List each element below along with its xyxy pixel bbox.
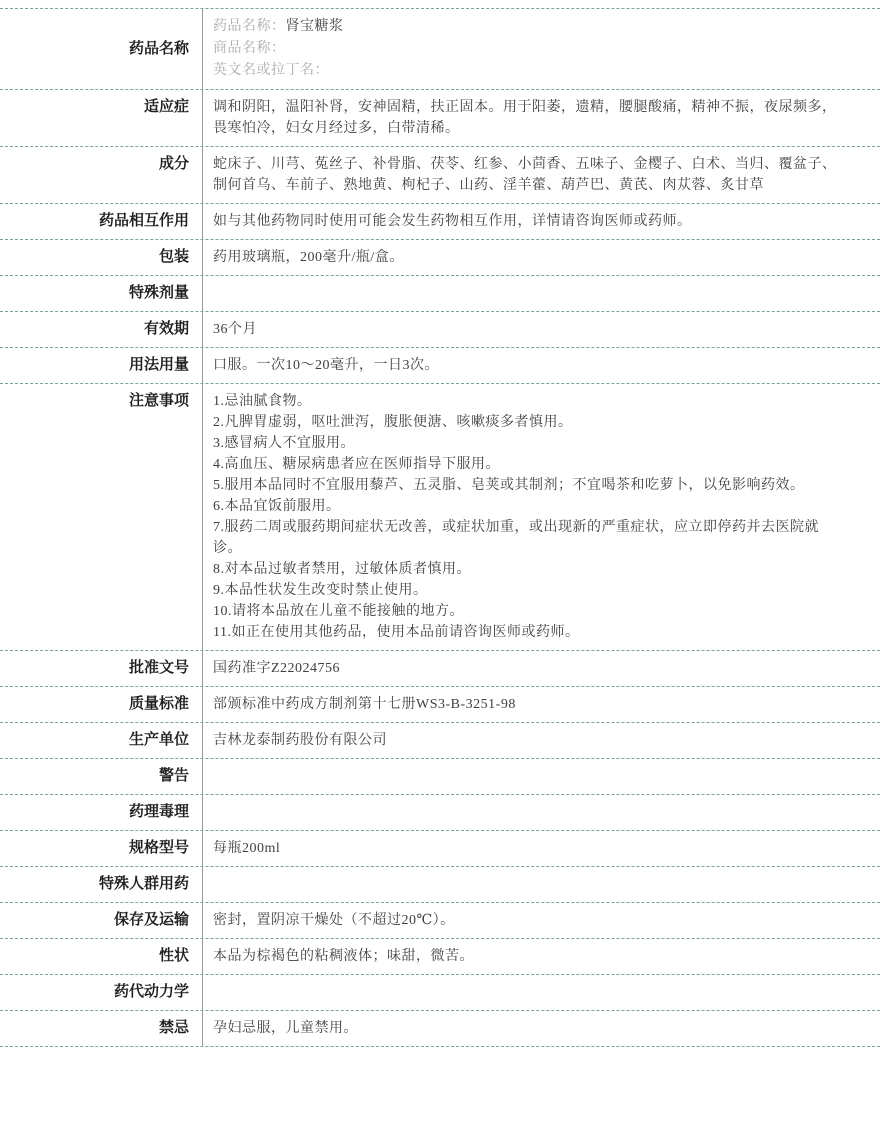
row-content bbox=[203, 867, 880, 902]
row-content: 调和阴阳，温阳补肾，安神固精，扶正固本。用于阳萎，遗精，腰腿酸痛，精神不振，夜尿… bbox=[203, 90, 880, 146]
precaution-item: 10.请将本品放在儿童不能接触的地方。 bbox=[213, 601, 844, 622]
precaution-item: 4.高血压、糖尿病患者应在医师指导下服用。 bbox=[213, 454, 844, 475]
row-label: 规格型号 bbox=[0, 831, 203, 866]
precaution-item: 11.如正在使用其他药品，使用本品前请咨询医师或药师。 bbox=[213, 622, 844, 643]
precaution-item: 5.服用本品同时不宜服用藜芦、五灵脂、皂荚或其制剂；不宜喝茶和吃萝卜，以免影响药… bbox=[213, 475, 844, 496]
row-label: 生产单位 bbox=[0, 723, 203, 758]
table-row: 药代动力学 bbox=[0, 975, 880, 1011]
field-caption: 英文名或拉丁名： bbox=[213, 63, 329, 78]
row-content: 国药准字Z22024756 bbox=[203, 651, 880, 686]
table-row: 规格型号 每瓶200ml bbox=[0, 831, 880, 867]
name-line: 商品名称： bbox=[213, 38, 844, 60]
table-row: 药理毒理 bbox=[0, 795, 880, 831]
row-label: 性状 bbox=[0, 939, 203, 974]
row-content: 部颁标准中药成方制剂第十七册WS3-B-3251-98 bbox=[203, 687, 880, 722]
row-content: 36个月 bbox=[203, 312, 880, 347]
table-row: 禁忌 孕妇忌服，儿童禁用。 bbox=[0, 1011, 880, 1047]
field-caption: 药品名称： bbox=[213, 19, 286, 34]
row-content: 蛇床子、川芎、菟丝子、补骨脂、茯苓、红参、小茴香、五味子、金樱子、白术、当归、覆… bbox=[203, 147, 880, 203]
row-label: 药理毒理 bbox=[0, 795, 203, 830]
row-label: 禁忌 bbox=[0, 1011, 203, 1046]
row-content: 本品为棕褐色的粘稠液体；味甜，微苦。 bbox=[203, 939, 880, 974]
row-content: 孕妇忌服，儿童禁用。 bbox=[203, 1011, 880, 1046]
row-label: 药品相互作用 bbox=[0, 204, 203, 239]
row-label: 用法用量 bbox=[0, 348, 203, 383]
row-label: 注意事项 bbox=[0, 384, 203, 650]
table-row: 药品相互作用 如与其他药物同时使用可能会发生药物相互作用，详情请咨询医师或药师。 bbox=[0, 204, 880, 240]
row-label: 质量标准 bbox=[0, 687, 203, 722]
drug-info-table: 药品名称 药品名称：肾宝糖浆商品名称：英文名或拉丁名： 适应症 调和阴阳，温阳补… bbox=[0, 8, 880, 1047]
row-label: 药代动力学 bbox=[0, 975, 203, 1010]
row-content: 药用玻璃瓶，200毫升/瓶/盒。 bbox=[203, 240, 880, 275]
row-content: 每瓶200ml bbox=[203, 831, 880, 866]
row-content: 药品名称：肾宝糖浆商品名称：英文名或拉丁名： bbox=[203, 9, 880, 89]
field-caption: 商品名称： bbox=[213, 41, 286, 56]
row-content: 密封，置阴凉干燥处（不超过20℃）。 bbox=[203, 903, 880, 938]
row-content bbox=[203, 276, 880, 311]
name-line: 英文名或拉丁名： bbox=[213, 60, 844, 82]
table-row: 生产单位 吉林龙泰制药股份有限公司 bbox=[0, 723, 880, 759]
table-row: 性状 本品为棕褐色的粘稠液体；味甜，微苦。 bbox=[0, 939, 880, 975]
row-content bbox=[203, 975, 880, 1010]
precaution-item: 9.本品性状发生改变时禁止使用。 bbox=[213, 580, 844, 601]
row-content: 如与其他药物同时使用可能会发生药物相互作用，详情请咨询医师或药师。 bbox=[203, 204, 880, 239]
row-label: 药品名称 bbox=[0, 9, 203, 89]
table-row: 适应症 调和阴阳，温阳补肾，安神固精，扶正固本。用于阳萎，遗精，腰腿酸痛，精神不… bbox=[0, 90, 880, 147]
row-label: 批准文号 bbox=[0, 651, 203, 686]
row-label: 成分 bbox=[0, 147, 203, 203]
row-label: 适应症 bbox=[0, 90, 203, 146]
precaution-item: 3.感冒病人不宜服用。 bbox=[213, 433, 844, 454]
row-label: 特殊剂量 bbox=[0, 276, 203, 311]
table-row: 特殊人群用药 bbox=[0, 867, 880, 903]
table-row: 质量标准 部颁标准中药成方制剂第十七册WS3-B-3251-98 bbox=[0, 687, 880, 723]
row-label: 包装 bbox=[0, 240, 203, 275]
name-line: 药品名称：肾宝糖浆 bbox=[213, 16, 844, 38]
row-content: 口服。一次10～20毫升，一日3次。 bbox=[203, 348, 880, 383]
precaution-item: 7.服药二周或服药期间症状无改善，或症状加重，或出现新的严重症状，应立即停药并去… bbox=[213, 517, 844, 559]
table-row: 警告 bbox=[0, 759, 880, 795]
row-content: 吉林龙泰制药股份有限公司 bbox=[203, 723, 880, 758]
table-row: 批准文号 国药准字Z22024756 bbox=[0, 651, 880, 687]
precaution-item: 2.凡脾胃虚弱，呕吐泄泻，腹胀便溏、咳嗽痰多者慎用。 bbox=[213, 412, 844, 433]
field-value: 肾宝糖浆 bbox=[286, 19, 344, 34]
row-label: 警告 bbox=[0, 759, 203, 794]
row-content: 1.忌油腻食物。2.凡脾胃虚弱，呕吐泄泻，腹胀便溏、咳嗽痰多者慎用。3.感冒病人… bbox=[203, 384, 880, 650]
row-label: 保存及运输 bbox=[0, 903, 203, 938]
row-content bbox=[203, 759, 880, 794]
table-row: 成分 蛇床子、川芎、菟丝子、补骨脂、茯苓、红参、小茴香、五味子、金樱子、白术、当… bbox=[0, 147, 880, 204]
table-row: 注意事项 1.忌油腻食物。2.凡脾胃虚弱，呕吐泄泻，腹胀便溏、咳嗽痰多者慎用。3… bbox=[0, 384, 880, 651]
row-content bbox=[203, 795, 880, 830]
row-label: 有效期 bbox=[0, 312, 203, 347]
precaution-item: 1.忌油腻食物。 bbox=[213, 391, 844, 412]
table-row: 保存及运输 密封，置阴凉干燥处（不超过20℃）。 bbox=[0, 903, 880, 939]
table-row: 包装 药用玻璃瓶，200毫升/瓶/盒。 bbox=[0, 240, 880, 276]
table-row: 特殊剂量 bbox=[0, 276, 880, 312]
table-row: 药品名称 药品名称：肾宝糖浆商品名称：英文名或拉丁名： bbox=[0, 9, 880, 90]
row-label: 特殊人群用药 bbox=[0, 867, 203, 902]
table-row: 有效期 36个月 bbox=[0, 312, 880, 348]
table-row: 用法用量 口服。一次10～20毫升，一日3次。 bbox=[0, 348, 880, 384]
precaution-item: 6.本品宜饭前服用。 bbox=[213, 496, 844, 517]
precaution-item: 8.对本品过敏者禁用，过敏体质者慎用。 bbox=[213, 559, 844, 580]
